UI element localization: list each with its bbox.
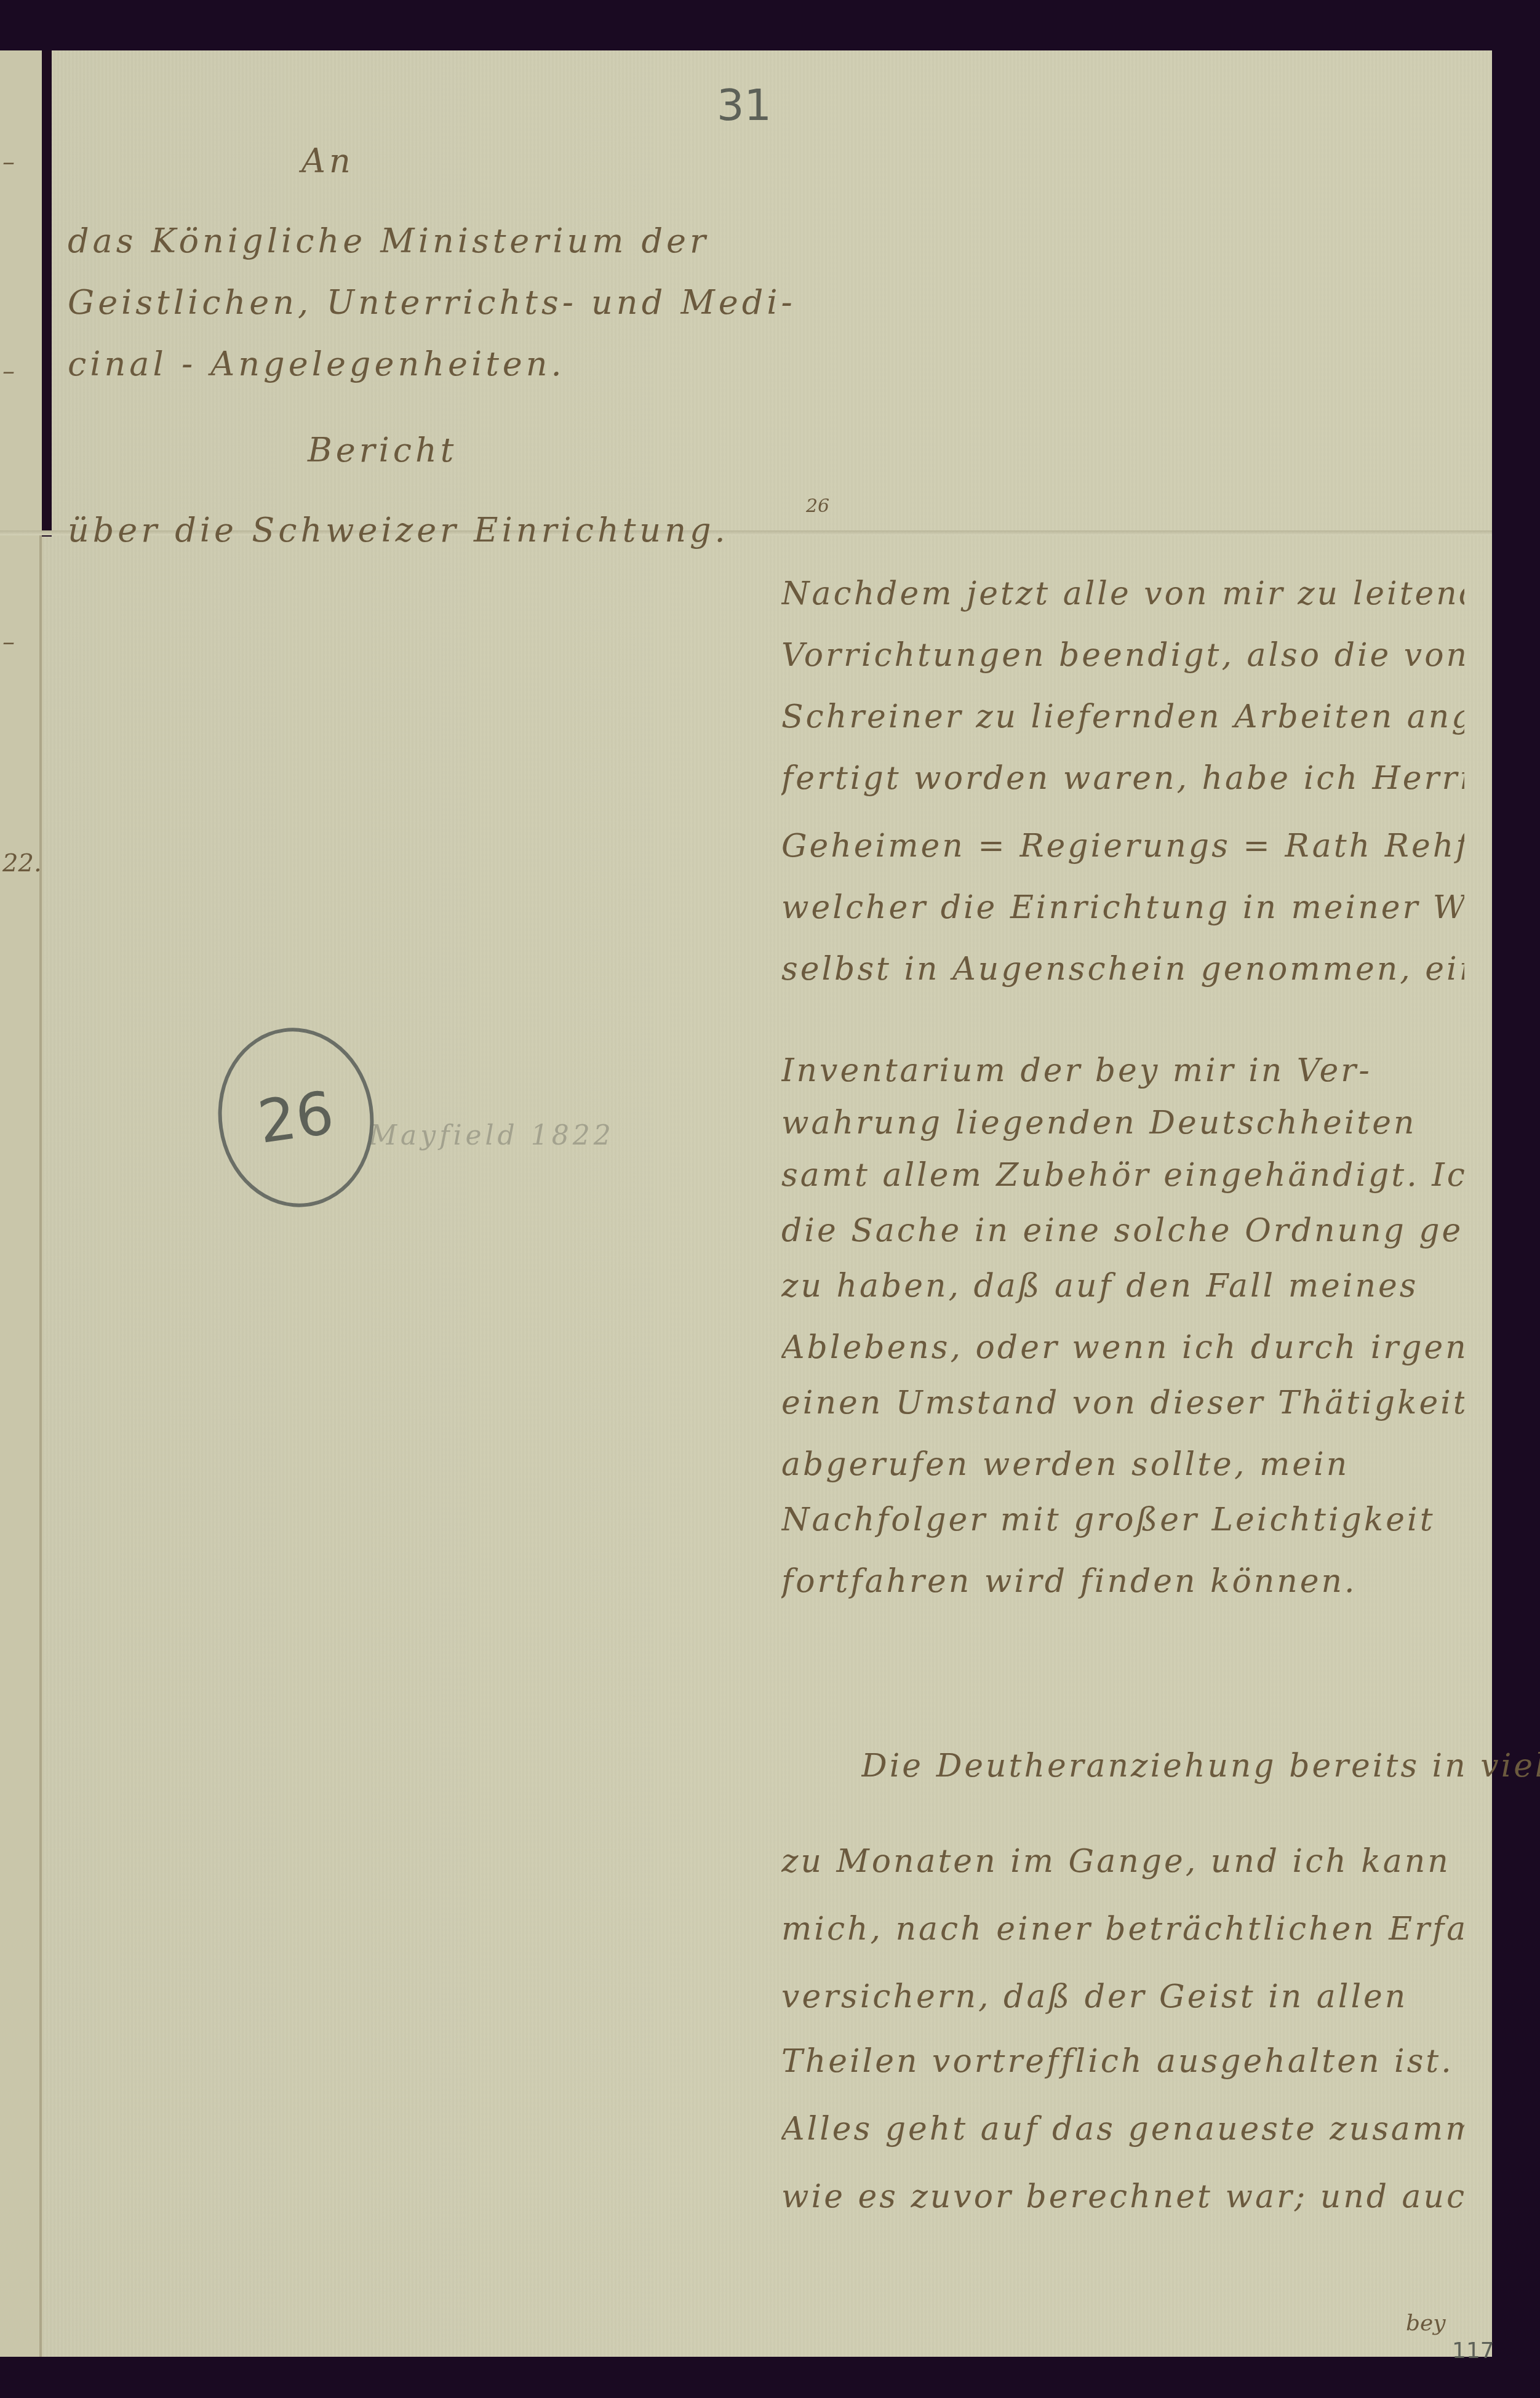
adjacent-page-edge: [0, 50, 43, 2357]
address-line: An: [301, 142, 354, 180]
address-line: Bericht: [308, 431, 457, 470]
body-line: wie es zuvor berechnet war; und auch: [781, 2178, 1464, 2215]
body-line: zu haben, daß auf den Fall meines: [781, 1268, 1464, 1305]
body-line: selbst in Augenschein genommen, ein: [781, 951, 1464, 988]
vertical-fold: [39, 535, 42, 2357]
body-line: fortfahren wird finden können.: [781, 1563, 1464, 1600]
folio-number-bottom: 117: [1452, 2338, 1494, 2364]
body-line: einen Umstand von dieser Thätigkeit: [781, 1385, 1464, 1421]
body-page-number: 26: [806, 495, 829, 517]
body-line: wahrung liegenden Deutschheiten: [781, 1105, 1464, 1141]
circled-number-text: 26: [254, 1078, 338, 1157]
bleed-through-text: Mayfield 1822: [369, 1120, 615, 1151]
catchword: bey: [1406, 2311, 1446, 2336]
margin-fragment: –: [2, 628, 15, 656]
body-line: fertigt worden waren, habe ich Herrn: [781, 760, 1464, 797]
body-line: die Sache in eine solche Ordnung gebrach…: [781, 1212, 1464, 1249]
body-line: Inventarium der bey mir in Ver-: [781, 1052, 1464, 1089]
margin-fragment: –: [2, 148, 15, 176]
address-line: cinal - Angelegenheiten.: [68, 345, 565, 383]
body-line: Schreiner zu liefernden Arbeiten ange-: [781, 698, 1464, 735]
body-line: versichern, daß der Geist in allen: [781, 1978, 1464, 2015]
body-line: Vorrichtungen beendigt, also die von dem: [781, 637, 1464, 674]
body-line: Die Deutheranziehung bereits in vieler: [861, 1748, 1540, 1785]
body-line: Ablebens, oder wenn ich durch irgend: [781, 1329, 1464, 1366]
binding-gap: [42, 50, 52, 537]
address-line: Geistlichen, Unterrichts- und Medi-: [68, 283, 796, 322]
body-line: Nachdem jetzt alle von mir zu leitenden: [781, 575, 1464, 612]
margin-fragment: 22.: [2, 849, 42, 877]
body-line: Alles geht auf das genaueste zusammen: [781, 2111, 1464, 2148]
body-line: Geheimen = Regierungs = Rath Rehfues,: [781, 828, 1464, 865]
margin-fragment: –: [2, 357, 15, 385]
body-line: Nachfolger mit großer Leichtigkeit: [781, 1501, 1464, 1538]
folio-number-top: 31: [717, 80, 772, 130]
address-line: das Königliche Ministerium der: [68, 222, 709, 260]
address-line: über die Schweizer Einrichtung.: [68, 511, 729, 550]
body-line: mich, nach einer beträchtlichen Erfahrun…: [781, 1911, 1464, 1948]
body-line: samt allem Zubehör eingehändigt. Ich gla…: [781, 1157, 1464, 1194]
body-line: abgerufen werden sollte, mein: [781, 1446, 1464, 1483]
body-line: zu Monaten im Gange, und ich kann: [781, 1843, 1464, 1880]
body-line: welcher die Einrichtung in meiner Wohnun…: [781, 889, 1464, 926]
body-line: Theilen vortrefflich ausgehalten ist.: [781, 2043, 1464, 2080]
